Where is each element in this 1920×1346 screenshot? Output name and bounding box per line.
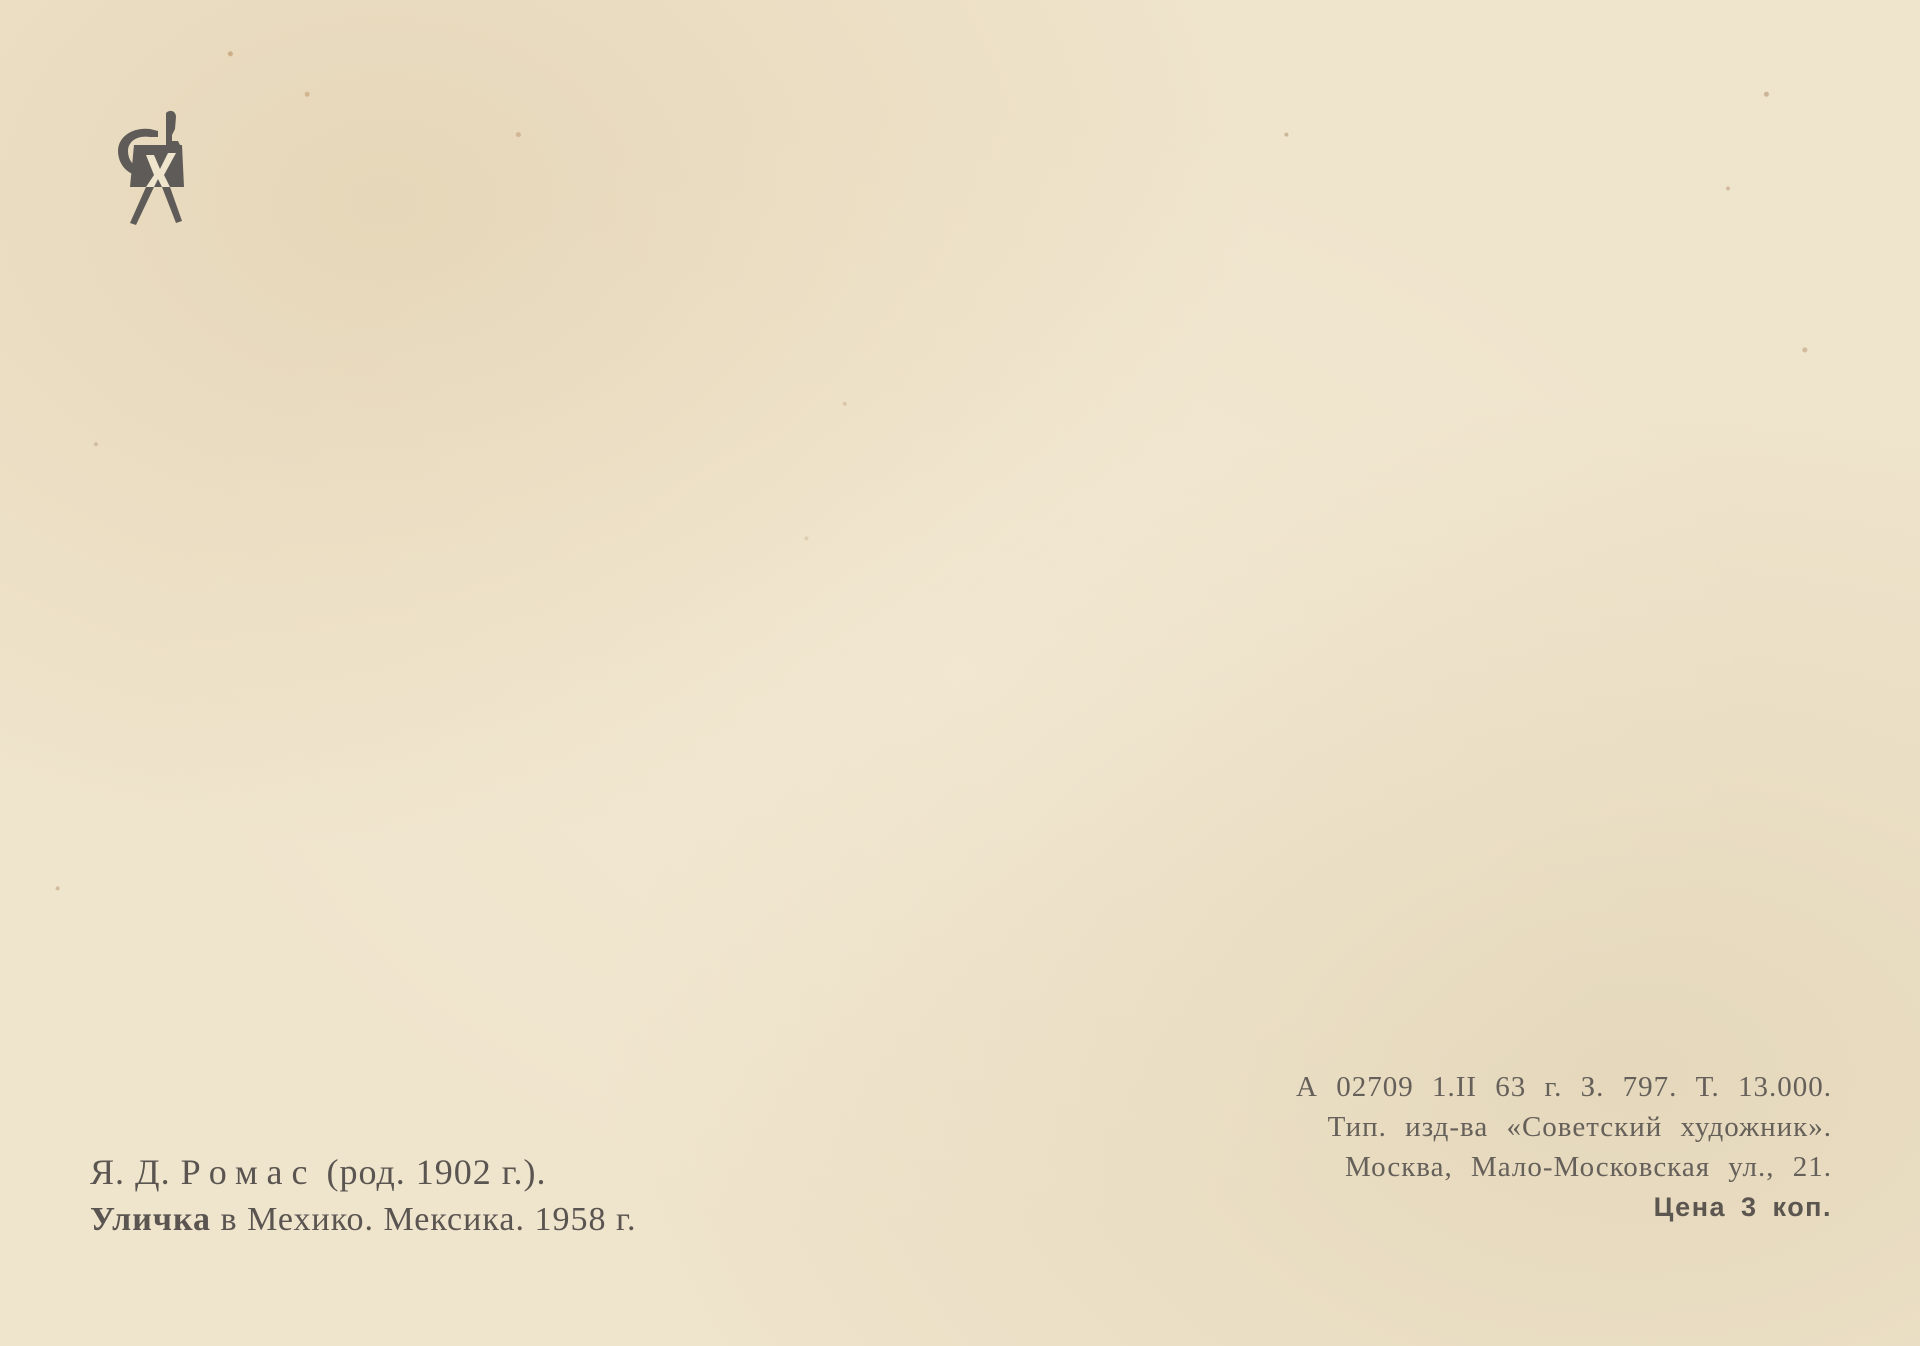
author-surname: Ромас xyxy=(181,1152,317,1192)
publisher-logo-icon xyxy=(110,105,200,235)
imprint-catalog-line: А 02709 1.II 63 г. З. 797. Т. 13.000. xyxy=(1296,1067,1832,1107)
artwork-caption: Я. Д. Ромас (род. 1902 г.). Уличка в Мех… xyxy=(90,1148,637,1244)
price-label: Цена 3 коп. xyxy=(1296,1187,1832,1227)
author-line: Я. Д. Ромас (род. 1902 г.). xyxy=(90,1148,637,1196)
author-initials: Я. Д. xyxy=(90,1152,171,1192)
artwork-title-rest: в Мехико. Мексика. 1958 г. xyxy=(221,1201,637,1238)
artwork-title-line: Уличка в Мехико. Мексика. 1958 г. xyxy=(90,1196,637,1244)
author-birth: (род. 1902 г.). xyxy=(327,1152,547,1192)
artwork-title-word: Уличка xyxy=(90,1201,211,1238)
imprint-printer-line: Тип. изд-ва «Советский художник». xyxy=(1296,1107,1832,1147)
sx-emblem-icon xyxy=(110,105,200,235)
printing-imprint: А 02709 1.II 63 г. З. 797. Т. 13.000. Ти… xyxy=(1296,1067,1832,1227)
imprint-address-line: Москва, Мало-Московская ул., 21. xyxy=(1296,1147,1832,1187)
